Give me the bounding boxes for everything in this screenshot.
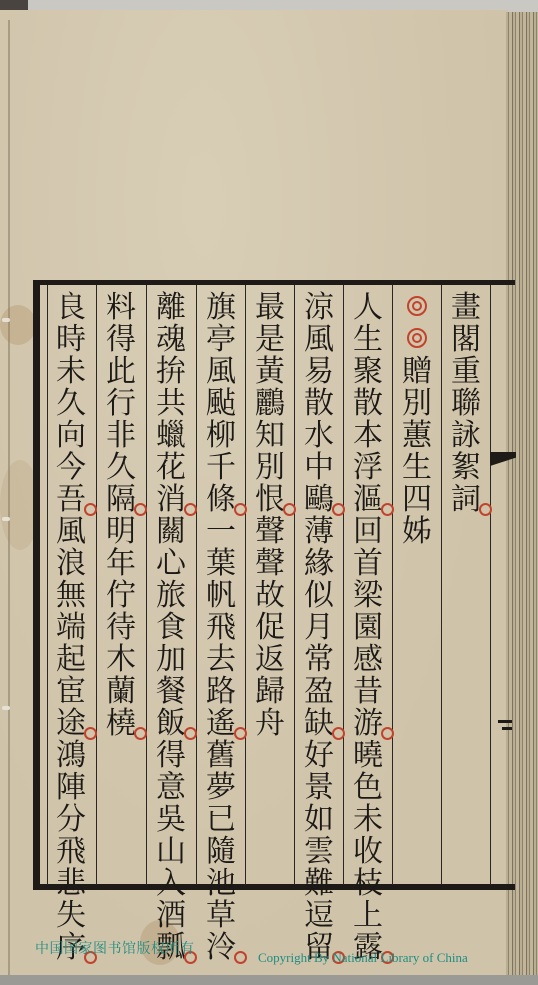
column-rule — [245, 285, 246, 885]
character: 食 — [151, 612, 191, 644]
character: 蠟 — [151, 420, 191, 452]
character: 宦 — [51, 676, 91, 708]
section-circle-icon — [407, 296, 427, 316]
character: 陣 — [51, 772, 91, 804]
character: 意 — [151, 772, 191, 804]
character: 鸝 — [250, 388, 290, 420]
character: 風 — [51, 516, 91, 548]
character: 絮 — [446, 452, 486, 484]
character: 蘭 — [101, 676, 141, 708]
character: 魂 — [151, 324, 191, 356]
character: 詞 — [446, 484, 486, 516]
character: 加 — [151, 644, 191, 676]
character: 去 — [201, 644, 241, 676]
character: 久 — [101, 452, 141, 484]
character: 中 — [299, 452, 339, 484]
column-line-6: 料得此行非久隔明年佇待木蘭橈 — [98, 292, 144, 887]
character: 心 — [151, 548, 191, 580]
punctuation-circle-icon — [234, 951, 247, 964]
character: 梁 — [348, 580, 388, 612]
character: 料 — [101, 292, 141, 324]
binding-thread — [2, 318, 10, 322]
character: 上 — [348, 900, 388, 932]
character: 最 — [250, 292, 290, 324]
character: 飛 — [201, 612, 241, 644]
character: 路 — [201, 676, 241, 708]
column-rule — [441, 285, 442, 885]
character: 橈 — [101, 708, 141, 740]
character: 佇 — [101, 580, 141, 612]
character: 池 — [201, 868, 241, 900]
character: 常 — [299, 644, 339, 676]
character: 未 — [348, 804, 388, 836]
character: 離 — [151, 292, 191, 324]
column-line-3: 最是黃鸝知別恨聲聲故促返歸舟 — [247, 292, 293, 887]
character: 回 — [348, 516, 388, 548]
character: 首 — [348, 548, 388, 580]
column-rule — [146, 285, 147, 885]
character: 飯 — [151, 708, 191, 740]
character: 昔 — [348, 676, 388, 708]
character: 歸 — [250, 676, 290, 708]
character: 畫 — [446, 292, 486, 324]
character: 亭 — [201, 324, 241, 356]
character: 收 — [348, 836, 388, 868]
character: 舊 — [201, 740, 241, 772]
column-rule — [294, 285, 295, 885]
character: 薄 — [299, 516, 339, 548]
character: 贈 — [397, 356, 437, 388]
character: 浪 — [51, 548, 91, 580]
section-circle-icon — [407, 328, 427, 348]
character: 似 — [299, 580, 339, 612]
punctuation-circle-icon — [134, 727, 147, 740]
column-title: 畫閣重聯詠絮詞 — [443, 292, 489, 887]
character: 途 — [51, 708, 91, 740]
character: 木 — [101, 644, 141, 676]
character: 盈 — [299, 676, 339, 708]
character: 今 — [51, 452, 91, 484]
character: 帆 — [201, 580, 241, 612]
character: 未 — [51, 356, 91, 388]
character: 鴻 — [51, 740, 91, 772]
character: 知 — [250, 420, 290, 452]
character: 聲 — [250, 548, 290, 580]
character: 恨 — [250, 484, 290, 516]
character: 姊 — [397, 516, 437, 548]
character: 柳 — [201, 420, 241, 452]
character: 游 — [348, 708, 388, 740]
character: 好 — [299, 740, 339, 772]
character: 隨 — [201, 836, 241, 868]
character: 酒 — [151, 900, 191, 932]
character: 拚 — [151, 356, 191, 388]
character: 吳 — [151, 804, 191, 836]
character: 黃 — [250, 356, 290, 388]
column-rule — [392, 285, 393, 885]
character: 是 — [250, 324, 290, 356]
character: 散 — [348, 388, 388, 420]
character: 閣 — [446, 324, 486, 356]
character: 分 — [51, 804, 91, 836]
character: 雲 — [299, 836, 339, 868]
copyright-en: Copyright By National Library of China — [258, 950, 468, 966]
character: 一 — [201, 516, 241, 548]
character: 颭 — [201, 388, 241, 420]
column-line-2: 涼風易散水中鷗薄緣似月常盈缺好景如雲難逗留 — [296, 292, 342, 887]
character: 風 — [299, 324, 339, 356]
character: 花 — [151, 452, 191, 484]
character: 時 — [51, 324, 91, 356]
character: 缺 — [299, 708, 339, 740]
character: 生 — [397, 452, 437, 484]
character: 別 — [397, 388, 437, 420]
column-subtitle: 贈別蕙生四姊 — [394, 292, 440, 887]
character: 草 — [201, 900, 241, 932]
character: 漚 — [348, 484, 388, 516]
character: 蕙 — [397, 420, 437, 452]
punctuation-circle-icon — [479, 503, 492, 516]
character: 明 — [101, 516, 141, 548]
character: 關 — [151, 516, 191, 548]
character: 非 — [101, 420, 141, 452]
character: 待 — [101, 612, 141, 644]
character: 舟 — [250, 708, 290, 740]
character: 泠 — [201, 932, 241, 964]
character: 別 — [250, 452, 290, 484]
character: 如 — [299, 804, 339, 836]
character: 促 — [250, 612, 290, 644]
character: 故 — [250, 580, 290, 612]
character: 此 — [101, 356, 141, 388]
character: 久 — [51, 388, 91, 420]
character: 聲 — [250, 516, 290, 548]
character: 返 — [250, 644, 290, 676]
character: 旗 — [201, 292, 241, 324]
column-rule — [343, 285, 344, 885]
character: 入 — [151, 868, 191, 900]
character: 詠 — [446, 420, 486, 452]
character: 夢 — [201, 772, 241, 804]
column-rule — [196, 285, 197, 885]
water-stain — [0, 305, 36, 345]
character: 起 — [51, 644, 91, 676]
character: 緣 — [299, 548, 339, 580]
character: 感 — [348, 644, 388, 676]
character: 得 — [151, 740, 191, 772]
character: 曉 — [348, 740, 388, 772]
character: 四 — [397, 484, 437, 516]
column-rule — [96, 285, 97, 885]
character: 本 — [348, 420, 388, 452]
character: 遙 — [201, 708, 241, 740]
character: 月 — [299, 612, 339, 644]
column-line-4: 旗亭風颭柳千條一葉帆飛去路遙舊夢已隨池草泠 — [198, 292, 244, 887]
character: 散 — [299, 388, 339, 420]
character: 消 — [151, 484, 191, 516]
character: 風 — [201, 356, 241, 388]
character: 年 — [101, 548, 141, 580]
character: 重 — [446, 356, 486, 388]
column-rule — [490, 285, 491, 885]
character: 生 — [348, 324, 388, 356]
character: 得 — [101, 324, 141, 356]
page-number-mark — [502, 727, 512, 730]
character: 端 — [51, 612, 91, 644]
character: 吾 — [51, 484, 91, 516]
column-line-5: 離魂拚共蠟花消關心旅食加餐飯得意吳山入酒瓢 — [148, 292, 194, 887]
character: 千 — [201, 452, 241, 484]
character: 條 — [201, 484, 241, 516]
character: 鷗 — [299, 484, 339, 516]
copyright-cn: 中国国家图书馆版权所有 — [35, 938, 195, 958]
page-number-mark — [498, 720, 512, 723]
character: 易 — [299, 356, 339, 388]
binding-thread — [2, 517, 10, 521]
character: 行 — [101, 388, 141, 420]
character: 聯 — [446, 388, 486, 420]
character: 悲 — [51, 868, 91, 900]
character: 聚 — [348, 356, 388, 388]
character: 旅 — [151, 580, 191, 612]
character: 失 — [51, 900, 91, 932]
character: 已 — [201, 804, 241, 836]
column-line-1: 人生聚散本浮漚回首梁園感昔游曉色未收枝上露 — [345, 292, 391, 887]
character: 人 — [348, 292, 388, 324]
character: 難 — [299, 868, 339, 900]
character: 色 — [348, 772, 388, 804]
character: 園 — [348, 612, 388, 644]
column-line-7: 良時未久向今吾風浪無端起宦途鴻陣分飛悲失序 — [48, 292, 94, 887]
binding-thread — [2, 706, 10, 710]
character: 水 — [299, 420, 339, 452]
character: 景 — [299, 772, 339, 804]
character: 浮 — [348, 452, 388, 484]
character: 隔 — [101, 484, 141, 516]
character: 無 — [51, 580, 91, 612]
character: 餐 — [151, 676, 191, 708]
character: 葉 — [201, 548, 241, 580]
character: 逗 — [299, 900, 339, 932]
character: 良 — [51, 292, 91, 324]
character: 共 — [151, 388, 191, 420]
character: 向 — [51, 420, 91, 452]
character: 飛 — [51, 836, 91, 868]
character: 山 — [151, 836, 191, 868]
character: 涼 — [299, 292, 339, 324]
character: 枝 — [348, 868, 388, 900]
